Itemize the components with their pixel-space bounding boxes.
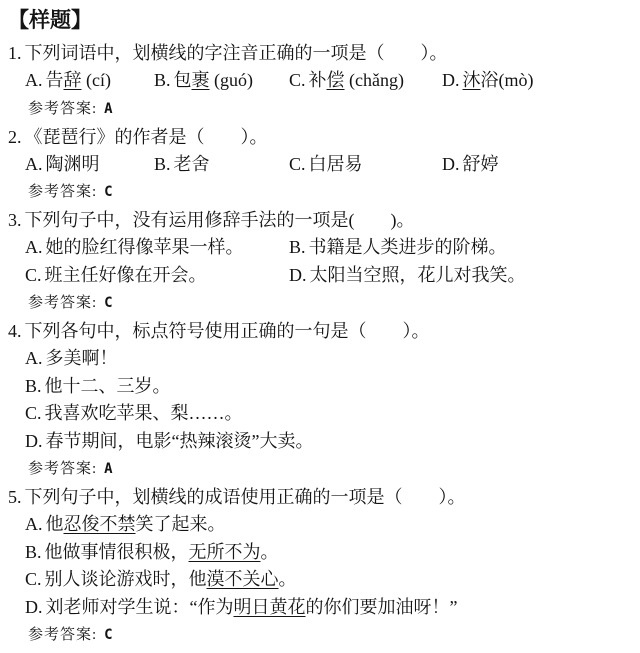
question-block: 3.下列句子中，没有运用修辞手法的一项是( )。 A.她的脸红得像苹果一样。B.… bbox=[8, 206, 632, 317]
option-text: 多美啊！ bbox=[46, 348, 118, 368]
option-text: 太阳当空照，花儿对我笑。 bbox=[310, 265, 526, 285]
option-label: A. bbox=[25, 237, 46, 257]
option-label: C. bbox=[289, 154, 309, 174]
answer-value: C bbox=[104, 295, 112, 311]
underlined-text: 漠不关心 bbox=[207, 569, 279, 589]
option-text: 。 bbox=[261, 542, 279, 562]
option-text: 别人谈论游戏时，他 bbox=[45, 569, 207, 589]
option: A.多美啊！ bbox=[25, 345, 632, 373]
answer-value: C bbox=[104, 627, 112, 643]
question-block: 1.下列词语中，划横线的字注音正确的一项是（ ）。 A.告辞 (cí)B.包裹 … bbox=[8, 39, 632, 123]
option: D.春节期间，电影“热辣滚烫”大卖。 bbox=[25, 428, 632, 456]
option: B.书籍是人类进步的阶梯。 bbox=[289, 234, 632, 262]
option-text: 他十二、三岁。 bbox=[45, 376, 171, 396]
option-label: D. bbox=[289, 265, 310, 285]
option-text: 笑了起来。 bbox=[136, 514, 226, 534]
option-text: (chǎng) bbox=[345, 70, 404, 90]
option: C.别人谈论游戏时，他漠不关心。 bbox=[25, 566, 632, 594]
option-text: 刘老师对学生说：“作为 bbox=[46, 597, 234, 617]
question-stem-text: 《琵琶行》的作者是（ ）。 bbox=[25, 127, 268, 147]
option-label: D. bbox=[442, 70, 463, 90]
option-text: 浴(mò) bbox=[481, 70, 534, 90]
option-text: (cí) bbox=[82, 70, 111, 90]
underlined-text: 明日黄花 bbox=[234, 597, 306, 617]
answer-label: 参考答案: bbox=[28, 184, 97, 200]
question-stem: 4.下列各句中，标点符号使用正确的一句是（ ）。 bbox=[8, 317, 632, 345]
answer-value: A bbox=[104, 101, 112, 117]
option-text: 他做事情很积极， bbox=[45, 542, 189, 562]
option: B.他十二、三岁。 bbox=[25, 373, 632, 401]
options: A.告辞 (cí)B.包裹 (guó)C.补偿 (chǎng)D.沐浴(mò) bbox=[25, 67, 632, 95]
answer-label: 参考答案: bbox=[28, 461, 97, 477]
question-block: 4.下列各句中，标点符号使用正确的一句是（ ）。 A.多美啊！B.他十二、三岁。… bbox=[8, 317, 632, 483]
question-number: 1. bbox=[8, 43, 25, 63]
option-text: 班主任好像在开会。 bbox=[45, 265, 207, 285]
option-label: B. bbox=[25, 542, 45, 562]
option-label: C. bbox=[25, 403, 45, 423]
underlined-text: 裹 bbox=[192, 70, 210, 90]
answer-line: 参考答案:A bbox=[28, 455, 632, 483]
underlined-text: 忍俊不禁 bbox=[64, 514, 136, 534]
option: C.我喜欢吃苹果、梨……。 bbox=[25, 400, 632, 428]
option-label: A. bbox=[25, 514, 46, 534]
document-title: 【样题】 bbox=[8, 5, 632, 36]
underlined-text: 无所不为 bbox=[189, 542, 261, 562]
option: B.包裹 (guó) bbox=[154, 67, 289, 95]
question-list: 1.下列词语中，划横线的字注音正确的一项是（ ）。 A.告辞 (cí)B.包裹 … bbox=[8, 39, 632, 649]
option-text: 我喜欢吃苹果、梨……。 bbox=[45, 403, 243, 423]
answer-value: A bbox=[104, 461, 112, 477]
option-label: A. bbox=[25, 70, 46, 90]
answer-line: 参考答案:C bbox=[28, 178, 632, 206]
option: D.刘老师对学生说：“作为明日黄花的你们要加油呀！” bbox=[25, 594, 632, 622]
answer-line: 参考答案:C bbox=[28, 289, 632, 317]
option: B.他做事情很积极，无所不为。 bbox=[25, 539, 632, 567]
option-label: C. bbox=[25, 265, 45, 285]
answer-value: C bbox=[104, 184, 112, 200]
option-label: C. bbox=[289, 70, 309, 90]
question-stem: 2.《琵琶行》的作者是（ ）。 bbox=[8, 123, 632, 151]
option: A.他忍俊不禁笑了起来。 bbox=[25, 511, 632, 539]
option-text: 他 bbox=[46, 514, 64, 534]
answer-label: 参考答案: bbox=[28, 101, 97, 117]
option: C.班主任好像在开会。 bbox=[25, 262, 289, 290]
options: A.她的脸红得像苹果一样。B.书籍是人类进步的阶梯。C.班主任好像在开会。D.太… bbox=[25, 234, 632, 289]
question-stem-text: 下列句子中，划横线的成语使用正确的一项是（ ）。 bbox=[25, 487, 466, 507]
option-text: 春节期间，电影“热辣滚烫”大卖。 bbox=[46, 431, 314, 451]
underlined-text: 辞 bbox=[64, 70, 82, 90]
question-block: 2.《琵琶行》的作者是（ ）。 A.陶渊明B.老舍C.白居易D.舒婷 参考答案:… bbox=[8, 123, 632, 207]
option-text: 书籍是人类进步的阶梯。 bbox=[309, 237, 507, 257]
option: C.补偿 (chǎng) bbox=[289, 67, 442, 95]
option-label: D. bbox=[25, 431, 46, 451]
question-number: 4. bbox=[8, 321, 25, 341]
option: C.白居易 bbox=[289, 151, 442, 179]
option: B.老舍 bbox=[154, 151, 289, 179]
option-label: C. bbox=[25, 569, 45, 589]
question-stem-text: 下列词语中，划横线的字注音正确的一项是（ ）。 bbox=[25, 43, 448, 63]
option-label: A. bbox=[25, 348, 46, 368]
option-label: D. bbox=[442, 154, 463, 174]
question-stem-text: 下列各句中，标点符号使用正确的一句是（ ）。 bbox=[25, 321, 430, 341]
option-label: B. bbox=[25, 376, 45, 396]
option-text: 舒婷 bbox=[463, 154, 499, 174]
underlined-text: 沐 bbox=[463, 70, 481, 90]
option-label: D. bbox=[25, 597, 46, 617]
answer-label: 参考答案: bbox=[28, 295, 97, 311]
question-number: 5. bbox=[8, 487, 25, 507]
option-text: (guó) bbox=[210, 70, 254, 90]
option-label: B. bbox=[289, 237, 309, 257]
option: D.沐浴(mò) bbox=[442, 67, 632, 95]
option: D.舒婷 bbox=[442, 151, 632, 179]
option-text: 她的脸红得像苹果一样。 bbox=[46, 237, 244, 257]
option-label: B. bbox=[154, 154, 174, 174]
options: A.多美啊！B.他十二、三岁。C.我喜欢吃苹果、梨……。D.春节期间，电影“热辣… bbox=[25, 345, 632, 455]
options: A.他忍俊不禁笑了起来。B.他做事情很积极，无所不为。C.别人谈论游戏时，他漠不… bbox=[25, 511, 632, 621]
document-page: 【样题】 1.下列词语中，划横线的字注音正确的一项是（ ）。 A.告辞 (cí)… bbox=[0, 0, 640, 653]
answer-line: 参考答案:A bbox=[28, 95, 632, 123]
option: A.告辞 (cí) bbox=[25, 67, 154, 95]
options: A.陶渊明B.老舍C.白居易D.舒婷 bbox=[25, 151, 632, 179]
question-number: 3. bbox=[8, 210, 25, 230]
answer-line: 参考答案:C bbox=[28, 621, 632, 649]
answer-label: 参考答案: bbox=[28, 627, 97, 643]
option-text: 白居易 bbox=[309, 154, 363, 174]
underlined-text: 偿 bbox=[327, 70, 345, 90]
option: A.陶渊明 bbox=[25, 151, 154, 179]
question-block: 5.下列句子中，划横线的成语使用正确的一项是（ ）。 A.他忍俊不禁笑了起来。B… bbox=[8, 483, 632, 649]
option: D.太阳当空照，花儿对我笑。 bbox=[289, 262, 632, 290]
option-text: 。 bbox=[279, 569, 297, 589]
option-label: A. bbox=[25, 154, 46, 174]
option-text: 的你们要加油呀！” bbox=[306, 597, 458, 617]
question-stem: 5.下列句子中，划横线的成语使用正确的一项是（ ）。 bbox=[8, 483, 632, 511]
question-stem: 1.下列词语中，划横线的字注音正确的一项是（ ）。 bbox=[8, 39, 632, 67]
question-number: 2. bbox=[8, 127, 25, 147]
option: A.她的脸红得像苹果一样。 bbox=[25, 234, 289, 262]
option-text: 老舍 bbox=[174, 154, 210, 174]
question-stem: 3.下列句子中，没有运用修辞手法的一项是( )。 bbox=[8, 206, 632, 234]
option-text: 包 bbox=[174, 70, 192, 90]
option-text: 告 bbox=[46, 70, 64, 90]
option-label: B. bbox=[154, 70, 174, 90]
option-text: 补 bbox=[309, 70, 327, 90]
option-text: 陶渊明 bbox=[46, 154, 100, 174]
question-stem-text: 下列句子中，没有运用修辞手法的一项是( )。 bbox=[25, 210, 415, 230]
